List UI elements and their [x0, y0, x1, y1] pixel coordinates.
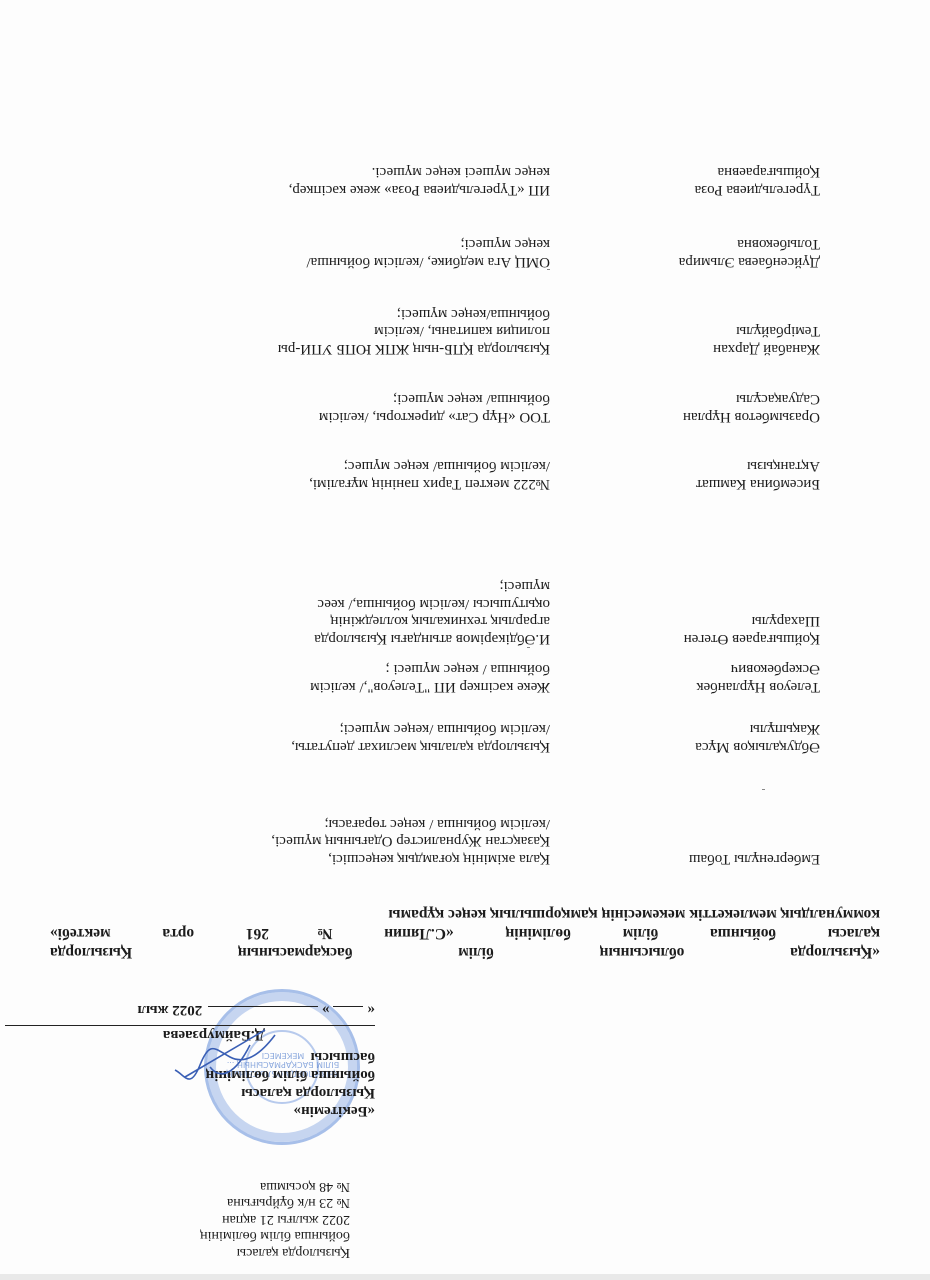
approval-heading: «Бекітемін» [45, 1102, 375, 1120]
name-line: Ақтанқызы [620, 457, 820, 475]
member-role: Қызылорда қалалық мәслихат депутаты, /ке… [150, 720, 550, 755]
ref-line: № 48 қосымша [200, 1178, 350, 1195]
month-blank [208, 1006, 318, 1007]
name-line: Әскербекович [620, 660, 820, 678]
ref-line: бойынша білім бөлімінің [200, 1227, 350, 1244]
role-line: №222 мектеп Тарих пәнінің мұғалімі, [150, 475, 550, 493]
name-line: Түрегельдиева Роза [620, 181, 820, 199]
scanned-document-page: Қызылорда қаласы бойынша білім бөлімінің… [0, 0, 930, 1280]
scan-speck [762, 789, 765, 790]
role-line: Қызылорда қалалық мәслихат депутаты, [150, 738, 550, 756]
approval-date: «» 2022 жыл [45, 1001, 375, 1019]
name-line: Садуақасұлы [620, 390, 820, 408]
name-line: Жақыпұлы [620, 720, 820, 738]
member-name: Жанабай Дархан Темірбайұлы [620, 322, 820, 357]
title-line: коммуналдық мемлекеттік мекемесінің қамқ… [50, 905, 880, 924]
approval-reference: Қызылорда қаласы бойынша білім бөлімінің… [200, 1178, 350, 1261]
title-line: «Қызылорда облысының білім басқармасының… [50, 943, 880, 962]
role-line: мүшесі; [150, 577, 550, 595]
day-blank [334, 1006, 364, 1007]
scan-speck [527, 647, 530, 648]
member-name: Телеуов Нұрланбек Әскербекович [620, 660, 820, 695]
role-line: Қала әкімінің қоғамдық кеңесшісі, [150, 850, 550, 868]
member-name: Қойшығараев Өтеген Шахарұлы [620, 612, 820, 647]
name-line: Телеуов Нұрланбек [620, 678, 820, 696]
role-line: ИП «Түрегельдиева Роза» жеке кәсіпкер, [150, 181, 550, 199]
member-name: Бисембина Камшат Ақтанқызы [620, 457, 820, 492]
member-name: Әбдуқалықов Мұса Жақыпұлы [620, 720, 820, 755]
role-line: Қазақстан Журналистер Одағының мүшесі, [150, 832, 550, 850]
role-line: ОМЦ Ага медбике, /келісім бойынша/ [150, 253, 550, 271]
name-line: Бисембина Камшат [620, 475, 820, 493]
ref-line: 2022 жылғы 21 ақпан [200, 1211, 350, 1228]
title-line: қаласы бойынша білім бөлімінің «С.Ляпин … [50, 924, 880, 943]
role-line: кеңес мүшесі; [150, 235, 550, 253]
date-quote-open: « [368, 1002, 376, 1018]
role-line: ТОО «Нұр Сат» директоры, /келісім [150, 408, 550, 426]
member-role: Қызылорда ҚПБ-ның ЖПК ЮПБ УПИ-ры полиция… [150, 305, 550, 358]
member-role: №222 мектеп Тарих пәнінің мұғалімі, /кел… [150, 457, 550, 492]
role-line: Жеке кәсіпкер ИП "Телеуов",/ келісім [150, 678, 550, 696]
member-name: Дүйсенбаева Эльмира Толыбековна [620, 235, 820, 270]
name-line: Ембергенұлы Тобаш [620, 850, 820, 868]
role-line: бойынша/кеңес мүшесі; [150, 305, 550, 323]
document-title: «Қызылорда облысының білім басқармасының… [50, 905, 880, 962]
date-quote-close: » [322, 1002, 330, 1018]
scan-speck [547, 269, 550, 270]
name-line: Жанабай Дархан [620, 340, 820, 358]
member-role: ИП «Түрегельдиева Роза» жеке кәсіпкер, к… [150, 163, 550, 198]
role-line: бойынша/ кеңес мүшесі; [150, 390, 550, 408]
name-line: Әбдуқалықов Мұса [620, 738, 820, 756]
ref-line: Қызылорда қаласы [200, 1244, 350, 1261]
role-line: Қызылорда ҚПБ-ның ЖПК ЮПБ УПИ-ры [150, 340, 550, 358]
role-line: оқытушысы /келісім бойынша,/ кеес [150, 595, 550, 613]
name-line: Темірбайұлы [620, 322, 820, 340]
ref-line: № 23 н/к бұйрығына [200, 1194, 350, 1211]
name-line: Оразымбетов Нұрлан [620, 408, 820, 426]
role-line: аграрлық техникалық колледжінің [150, 612, 550, 630]
name-line: Қойшығараев Өтеген [620, 630, 820, 648]
scan-edge [0, 1274, 930, 1280]
name-line: Дүйсенбаева Эльмира [620, 253, 820, 271]
role-line: /келісім бойынша/ кеңес мүшес; [150, 457, 550, 475]
member-name: Ембергенұлы Тобаш [620, 850, 820, 868]
role-line: полиция капитаны, /келісім [150, 322, 550, 340]
name-line: Толыбековна [620, 235, 820, 253]
role-line: бойынша / кеңес мүшесі ; [150, 660, 550, 678]
member-role: ТОО «Нұр Сат» директоры, /келісім бойынш… [150, 390, 550, 425]
role-line: /келісім бойынша / кеңес төрағасы; [150, 815, 550, 833]
member-role: Қала әкімінің қоғамдық кеңесшісі, Қазақс… [150, 815, 550, 868]
role-line: кеңес мүшесі кеңес мүшесі. [150, 163, 550, 181]
member-name: Түрегельдиева Роза Қойшығараевна [620, 163, 820, 198]
handwritten-signature-icon [170, 1025, 280, 1085]
member-role: И.Әбдікәрімов атындағы Қызылорда аграрлы… [150, 577, 550, 647]
role-line: И.Әбдікәрімов атындағы Қызылорда [150, 630, 550, 648]
name-line: Шахарұлы [620, 612, 820, 630]
member-role: Жеке кәсіпкер ИП "Телеуов",/ келісім бой… [150, 660, 550, 695]
date-year: 2022 жыл [137, 1002, 202, 1018]
member-name: Оразымбетов Нұрлан Садуақасұлы [620, 390, 820, 425]
role-line: /келісім бойынша /кеңес мүшесі; [150, 720, 550, 738]
approval-line: Қызылорда қаласы [45, 1084, 375, 1102]
name-line: Қойшығараевна [620, 163, 820, 181]
member-role: ОМЦ Ага медбике, /келісім бойынша/ кеңес… [150, 235, 550, 270]
